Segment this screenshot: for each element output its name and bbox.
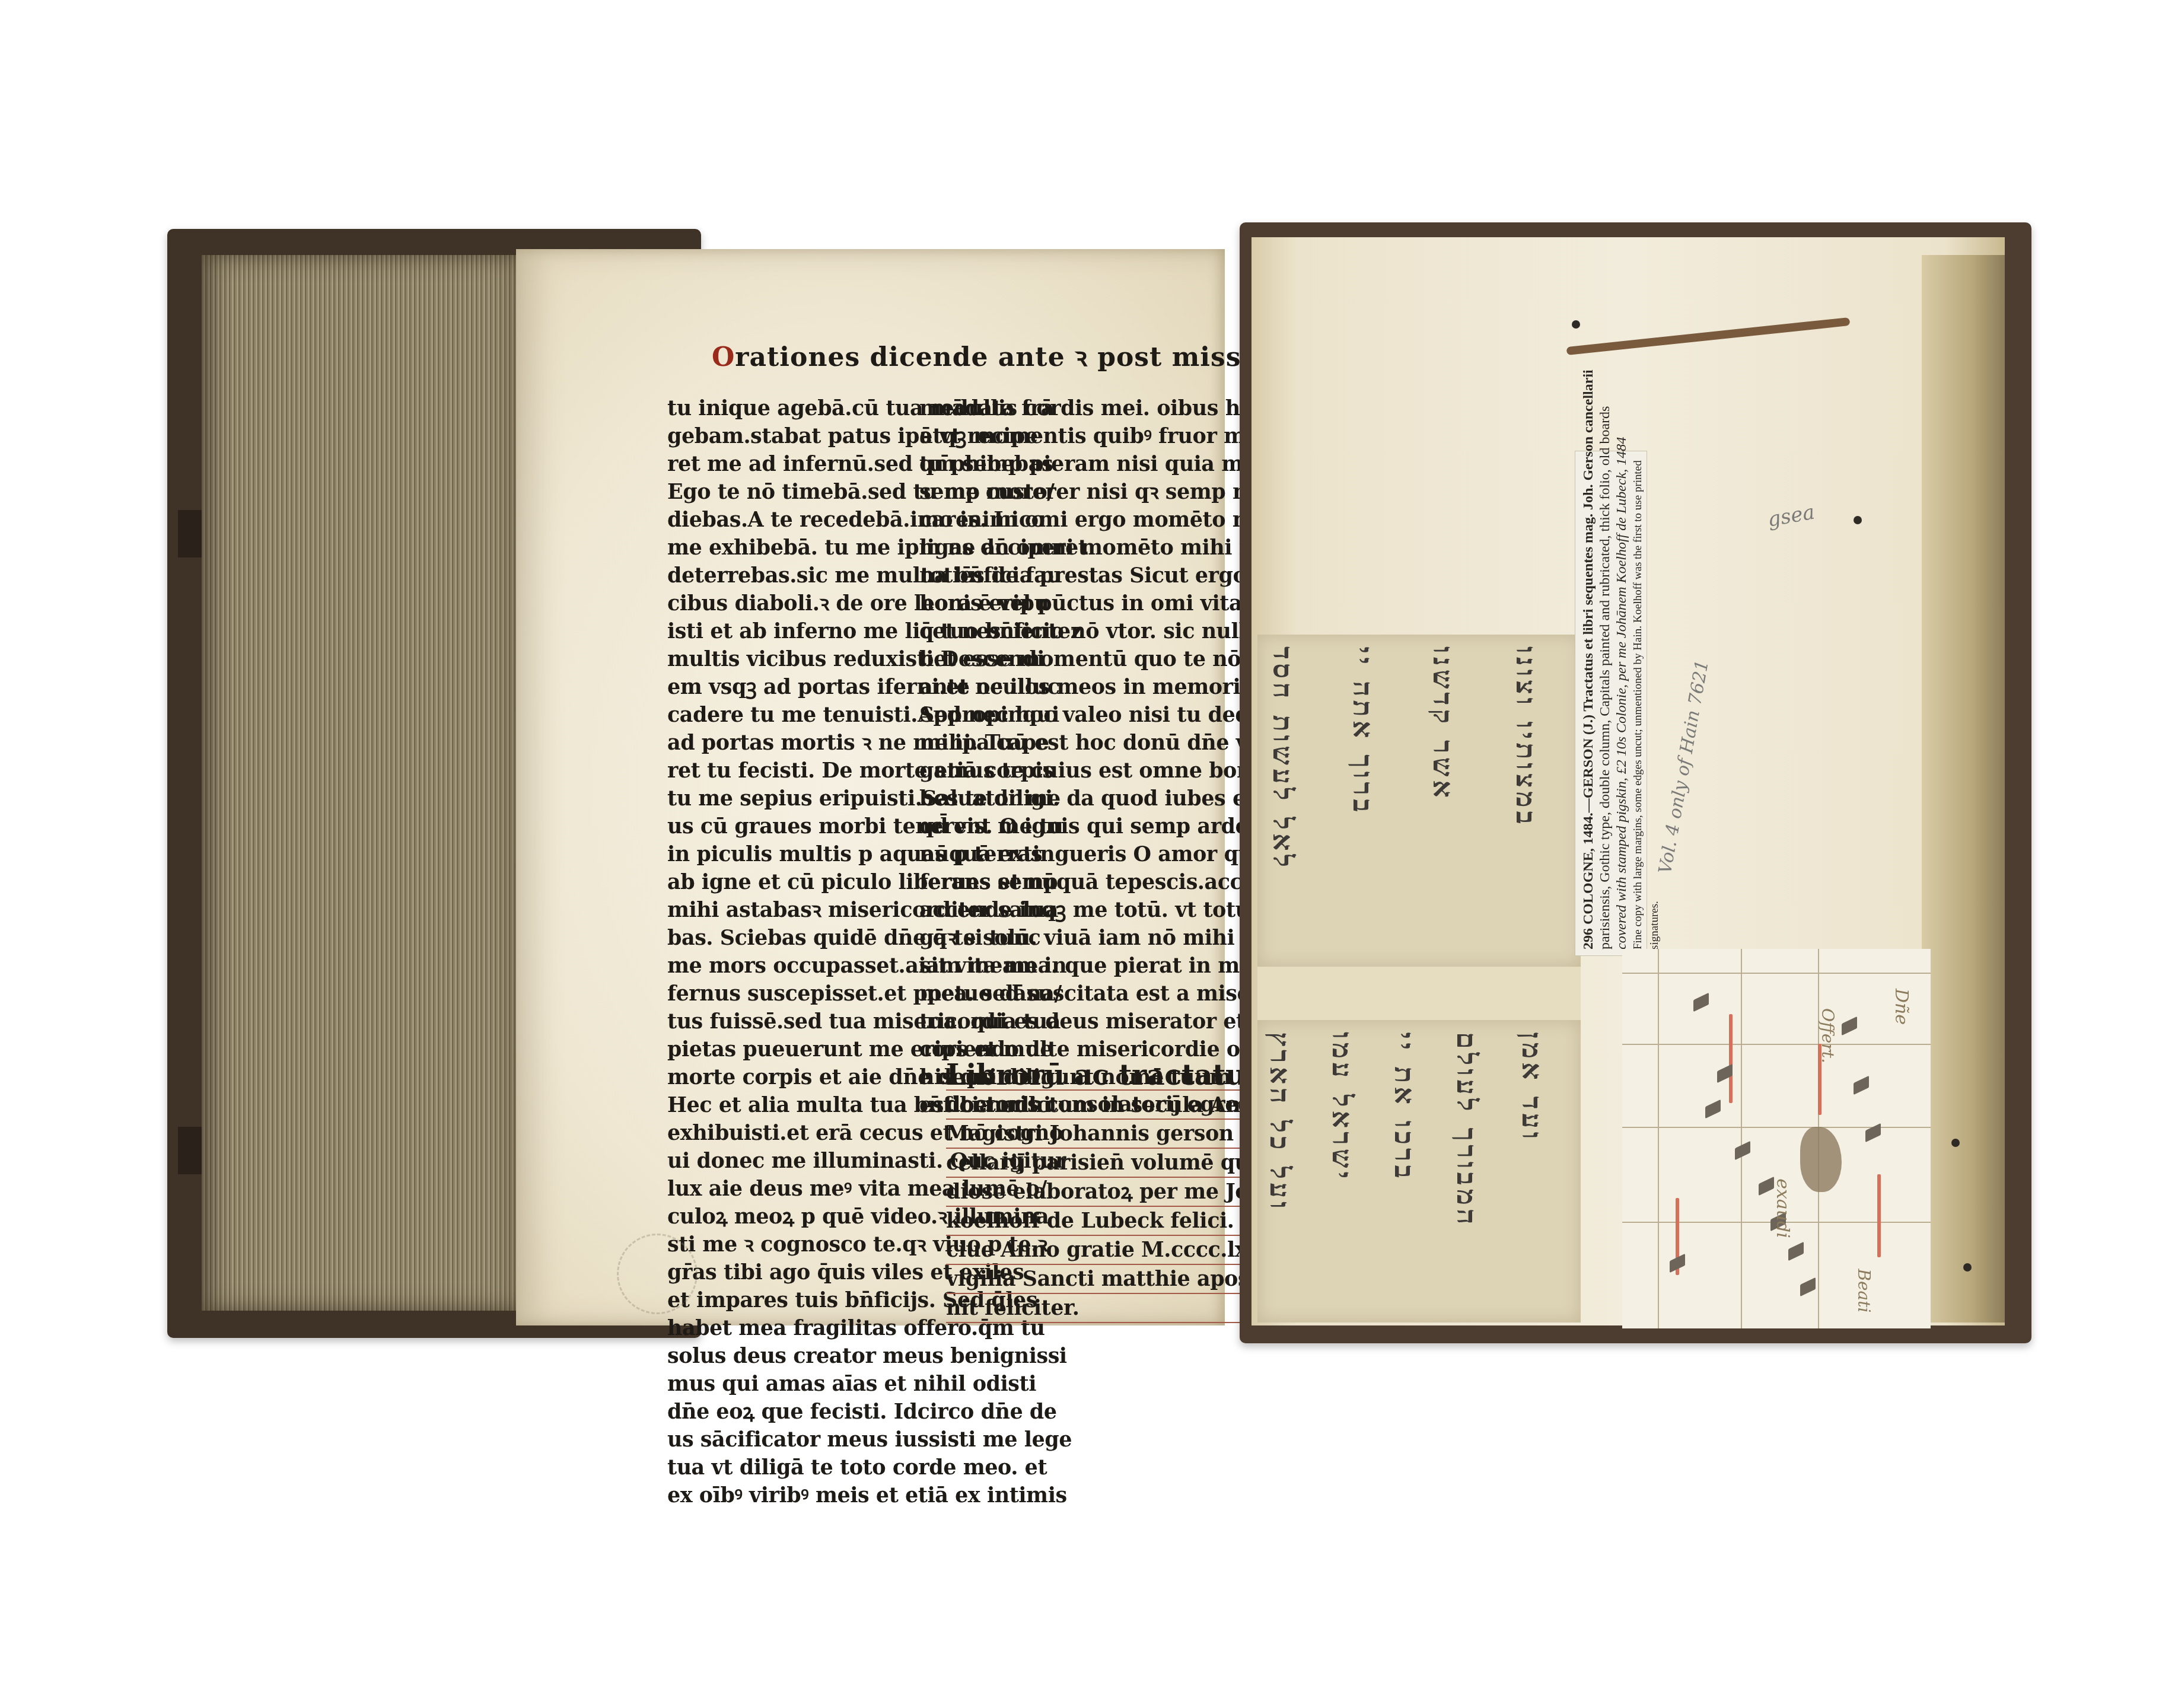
board-turn-in bbox=[1922, 255, 2005, 1323]
hebrew-column: במצותיו וצונו bbox=[1512, 646, 1540, 828]
hebrew-gap-stain bbox=[1257, 967, 1581, 1020]
hebrew-column: ברוך אתה יי bbox=[1349, 646, 1377, 815]
music-notation-fragment: Dñe exaudi Offert. Beati bbox=[1622, 949, 1931, 1328]
left-printed-page: Orationes dicende ante ꝛ post missam tu … bbox=[516, 249, 1225, 1325]
catalog-clipping-text: 296 COLOGNE, 1484.—GERSON (J.) Tractatus… bbox=[1580, 457, 1663, 949]
ink-blot bbox=[1800, 1127, 1842, 1192]
hebrew-column: לאל לעשות חסד bbox=[1269, 646, 1297, 871]
hebrew-fragment-lower: ועל כל הארץ ישראל עמו ברכו את יי המבורך … bbox=[1257, 1020, 1581, 1323]
red-staff-mark bbox=[1729, 1014, 1733, 1103]
neume-note bbox=[1788, 1242, 1804, 1261]
text-line: tua vt diligā te toto corde meo. et bbox=[667, 1454, 1088, 1481]
clasp-lower bbox=[178, 1127, 202, 1174]
music-text: Beati bbox=[1854, 1269, 1874, 1312]
neume-note bbox=[1865, 1123, 1881, 1142]
text-line: solus deus creator meus benignissi bbox=[667, 1342, 1088, 1370]
music-text: Offert. bbox=[1818, 1008, 1838, 1063]
text-line: dn̄e eoꝝ que fecisti. Idcirco dn̄e de bbox=[667, 1398, 1088, 1426]
clipping-line: covered with stamped pigskin, £2 10s Col… bbox=[1613, 457, 1630, 949]
worm-hole bbox=[1963, 1263, 1972, 1272]
clipping-line: signatures. bbox=[1647, 457, 1663, 949]
worm-hole bbox=[1951, 1139, 1960, 1147]
neume-note bbox=[1693, 993, 1709, 1012]
clipping-line: 296 COLOGNE, 1484.—GERSON (J.) Tractatus… bbox=[1580, 457, 1597, 949]
music-text: Dñe bbox=[1891, 989, 1912, 1025]
worm-hole bbox=[1854, 516, 1862, 524]
clipping-line: parisiensis, Gothic type, double column,… bbox=[1597, 457, 1613, 949]
hebrew-column: המבורך לעולם bbox=[1453, 1032, 1480, 1228]
hebrew-column: אשר קדשנו bbox=[1429, 646, 1457, 801]
hebrew-column: ישראל עמו bbox=[1329, 1032, 1356, 1182]
page-block-fore-edge bbox=[202, 255, 525, 1311]
staff-vertical bbox=[1741, 949, 1742, 1328]
staff-line bbox=[1622, 973, 1931, 974]
heading-text: rationes dicende ante ꝛ post missam bbox=[735, 342, 1286, 372]
hebrew-fragment-upper: לאל לעשות חסד ברוך אתה יי אשר קדשנו במצו… bbox=[1257, 635, 1581, 967]
page-heading: Orationes dicende ante ꝛ post missam bbox=[712, 338, 1287, 374]
clipping-line: Fine copy with large margins, some edges… bbox=[1630, 457, 1647, 949]
neume-note bbox=[1735, 1141, 1750, 1160]
hebrew-column: ועד אמן bbox=[1518, 1032, 1546, 1142]
neume-note bbox=[1842, 1016, 1857, 1035]
neume-note bbox=[1854, 1076, 1869, 1095]
clasp-upper bbox=[178, 510, 202, 557]
library-stamp bbox=[617, 1234, 698, 1314]
staff-line bbox=[1622, 1044, 1931, 1045]
text-line: mus qui amas aīas et nihil odisti bbox=[667, 1370, 1088, 1398]
red-staff-mark bbox=[1877, 1174, 1881, 1257]
neume-note bbox=[1800, 1277, 1816, 1296]
text-line: us sācificator meus iussisti me lege bbox=[667, 1426, 1088, 1454]
catalog-clipping: 296 COLOGNE, 1484.—GERSON (J.) Tractatus… bbox=[1575, 451, 1647, 956]
music-text: exaudi bbox=[1772, 1178, 1793, 1238]
neume-note bbox=[1705, 1100, 1721, 1119]
hebrew-column: ועל כל הארץ bbox=[1266, 1032, 1294, 1212]
hebrew-column: ברכו את יי bbox=[1391, 1032, 1418, 1182]
text-line: ex oībꝰ viribꝰ meis et etiā ex intimis bbox=[667, 1481, 1088, 1509]
rubricated-initial: O bbox=[712, 342, 735, 372]
staff-line bbox=[1622, 1127, 1931, 1128]
staff-vertical bbox=[1658, 949, 1659, 1328]
worm-hole bbox=[1572, 320, 1580, 329]
